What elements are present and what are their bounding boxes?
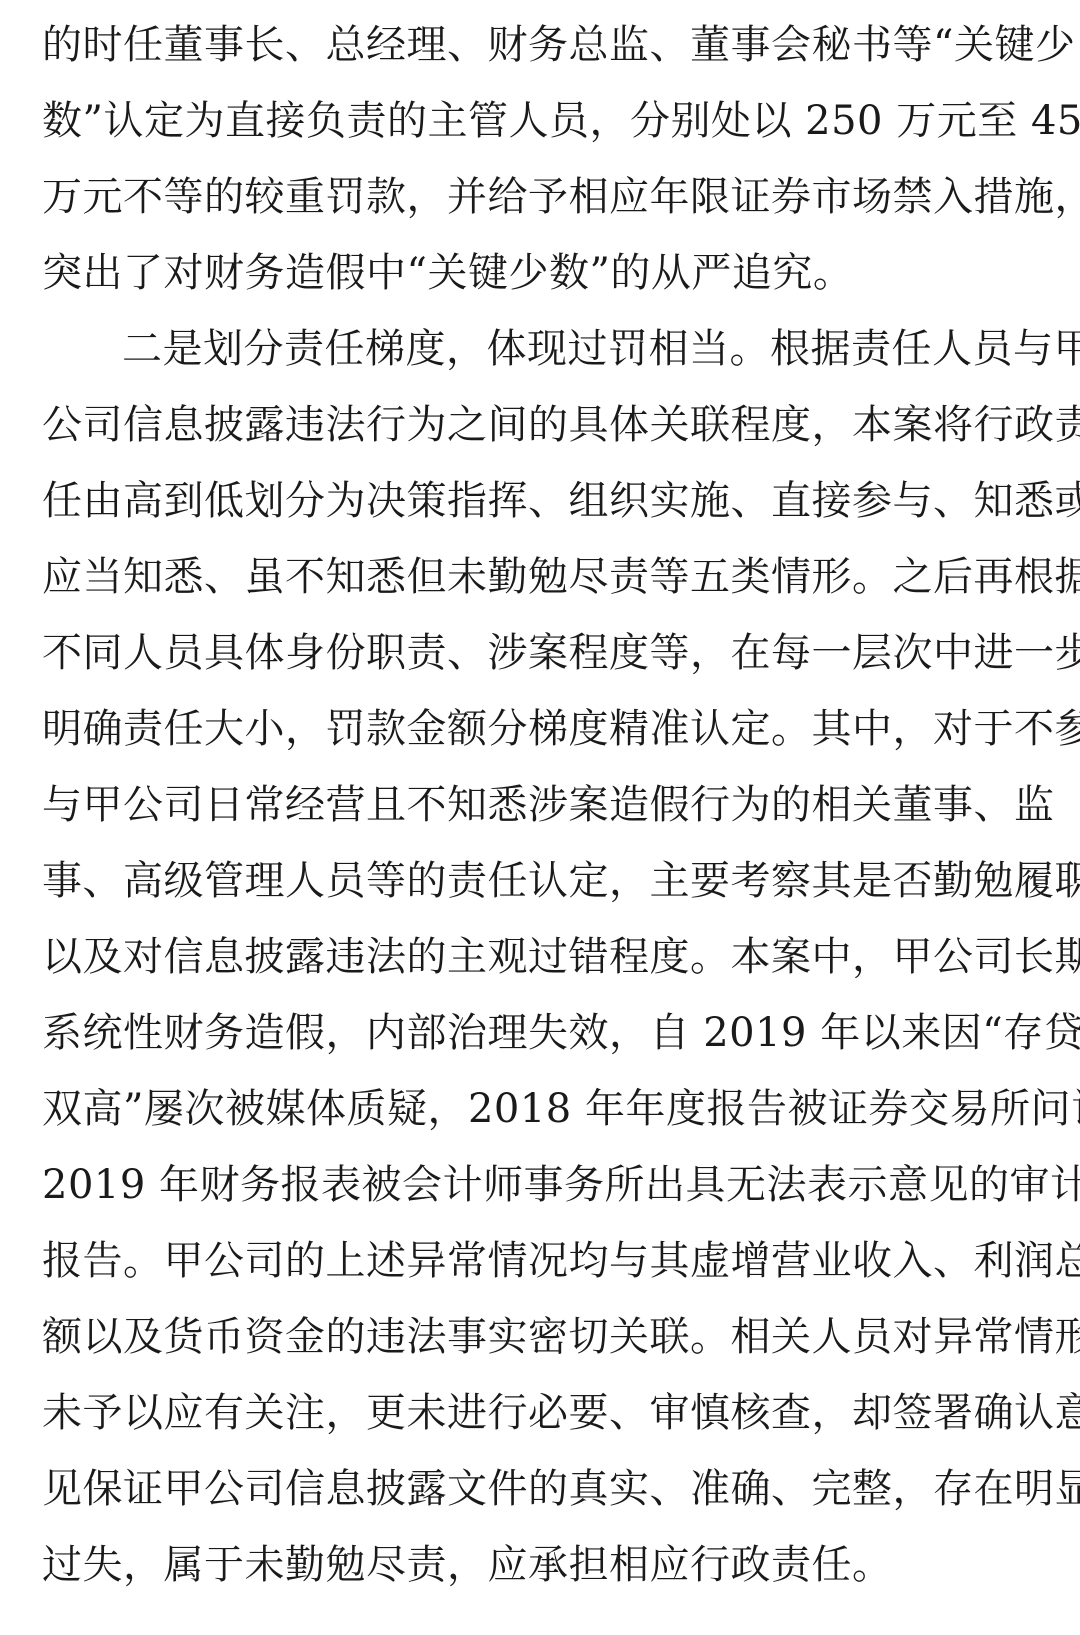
text-line-6: 公司信息披露违法行为之间的具体关联程度，本案将行政责: [42, 395, 1042, 455]
text-line-13: 以及对信息披露违法的主观过错程度。本案中，甲公司长期: [42, 927, 1042, 987]
text-line-8: 应当知悉、虽不知悉但未勤勉尽责等五类情形。之后再根据: [42, 547, 1042, 607]
document-page: 的时任董事长、总经理、财务总监、董事会秘书等“关键少 数”认定为直接负责的主管人…: [0, 0, 1080, 1635]
text-line-3: 万元不等的较重罚款，并给予相应年限证券市场禁入措施，: [42, 167, 1042, 227]
text-line-16: 2019 年财务报表被会计师事务所出具无法表示意见的审计: [42, 1155, 1042, 1215]
text-line-21: 过失，属于未勤勉尽责，应承担相应行政责任。: [42, 1535, 1042, 1595]
text-line-7: 任由高到低划分为决策指挥、组织实施、直接参与、知悉或: [42, 471, 1042, 531]
text-line-19: 未予以应有关注，更未进行必要、审慎核查，却签署确认意: [42, 1383, 1042, 1443]
text-line-14: 系统性财务造假，内部治理失效，自 2019 年以来因“存贷: [42, 1003, 1042, 1063]
text-line-11: 与甲公司日常经营且不知悉涉案造假行为的相关董事、监: [42, 775, 1042, 835]
text-line-15: 双高”屡次被媒体质疑，2018 年年度报告被证券交易所问询，: [42, 1079, 1042, 1139]
text-line-2: 数”认定为直接负责的主管人员，分别处以 250 万元至 450: [42, 91, 1042, 151]
text-line-20: 见保证甲公司信息披露文件的真实、准确、完整，存在明显: [42, 1459, 1042, 1519]
text-line-10: 明确责任大小，罚款金额分梯度精准认定。其中，对于不参: [42, 699, 1042, 759]
text-line-12: 事、高级管理人员等的责任认定，主要考察其是否勤勉履职: [42, 851, 1042, 911]
text-line-17: 报告。甲公司的上述异常情况均与其虚增营业收入、利润总: [42, 1231, 1042, 1291]
text-line-9: 不同人员具体身份职责、涉案程度等，在每一层次中进一步: [42, 623, 1042, 683]
paragraph-start-line: 二是划分责任梯度，体现过罚相当。根据责任人员与甲: [122, 319, 1080, 379]
text-line-4: 突出了对财务造假中“关键少数”的从严追究。: [42, 243, 1042, 303]
text-line-1: 的时任董事长、总经理、财务总监、董事会秘书等“关键少: [42, 15, 1042, 75]
text-line-18: 额以及货币资金的违法事实密切关联。相关人员对异常情形: [42, 1307, 1042, 1367]
